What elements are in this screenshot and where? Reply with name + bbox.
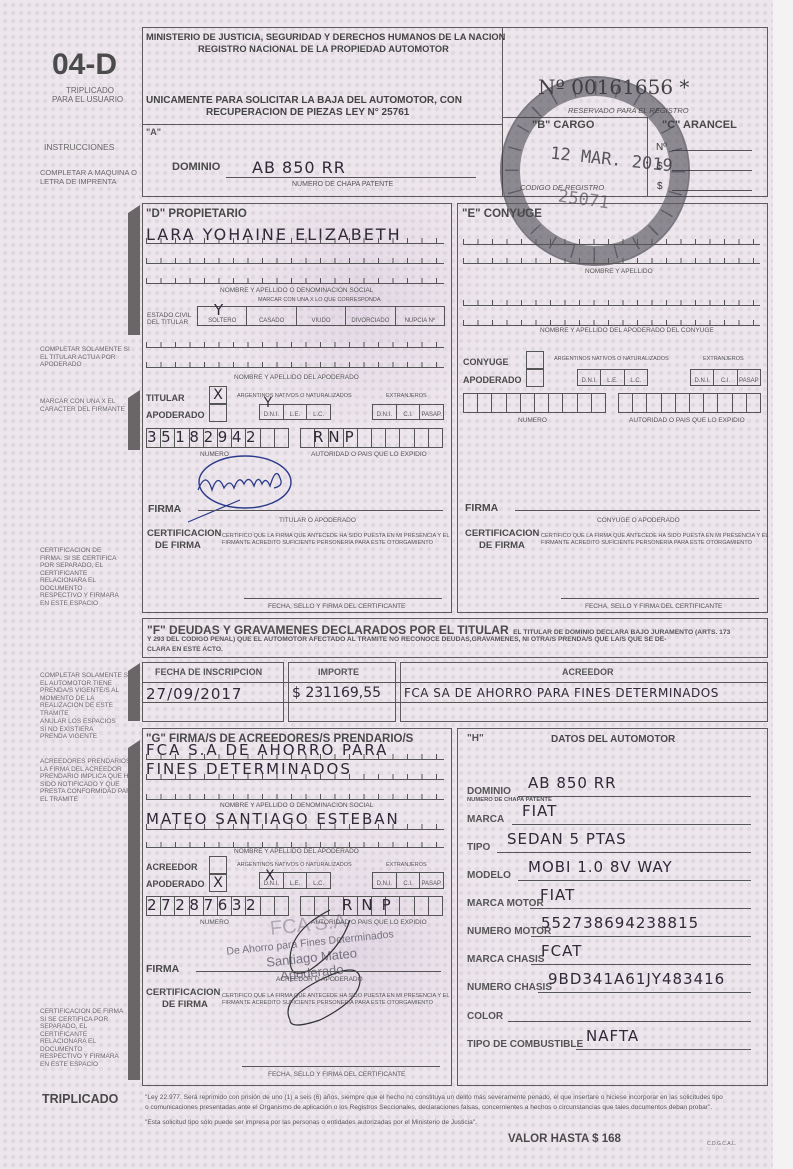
spouse-cert-text-2: FIRMANTE ACREDITO SUFICIENTE PERSONERIA … xyxy=(541,540,752,547)
cert-hint-g: CERTIFICACION DE FIRMA SI SE CERTIFICA P… xyxy=(40,1008,125,1068)
owner-firma-caption: TITULAR O APODERADO xyxy=(279,517,356,524)
vehicle-field-label: TIPO xyxy=(467,842,490,853)
section-h-tag: "H" xyxy=(467,733,484,744)
spouse-number-caption: NUMERO xyxy=(518,417,547,424)
mark-hint: MARCAR CON UNA X EL CARACTER DEL FIRMANT… xyxy=(40,398,135,413)
spouse-conyuge-label: CONYUGE xyxy=(463,357,509,367)
apoderado-checkbox[interactable] xyxy=(209,404,227,422)
pledge-hint: COMPLETAR SOLAMENTE SI EL AUTOMOTOR TIEN… xyxy=(40,672,135,717)
owner-firma-label: FIRMA xyxy=(148,503,181,515)
creditor-doc-lc[interactable]: L.C. xyxy=(307,873,330,888)
creditor-cert-caption: FECHA, SELLO Y FIRMA DEL CERTIFICANTE xyxy=(268,1071,405,1078)
ministry-title: MINISTERIO DE JUSTICIA, SEGURIDAD Y DERE… xyxy=(146,32,505,42)
section-b-title: "B" CARGO xyxy=(532,119,594,131)
spouse-name-caption: NOMBRE Y APELLIDO xyxy=(585,268,653,275)
form-page: 04-D TRIPLICADO PARA EL USUARIO MINISTER… xyxy=(0,0,793,1169)
footer-print-notice: "Esta solicitud tipo sólo puede ser impr… xyxy=(145,1119,477,1126)
spouse-doc-pasap[interactable]: PASAP xyxy=(738,370,760,385)
owner-authority-caption: AUTORIDAD O PAIS QUE LO EXPIDIO xyxy=(311,451,427,458)
dominio-value[interactable]: AB 850 RR xyxy=(252,158,346,177)
owner-doc-number: 35182942 xyxy=(147,428,260,446)
vehicle-field-value[interactable]: FIAT xyxy=(540,886,575,904)
creditor-cert-label-2: DE FIRMA xyxy=(162,999,208,1010)
owner-authority: RNP xyxy=(313,428,359,446)
vehicle-field-value[interactable]: SEDAN 5 PTAS xyxy=(507,830,627,848)
vehicle-field-line[interactable] xyxy=(531,936,751,937)
vehicle-field-value[interactable]: NAFTA xyxy=(586,1027,639,1045)
creditor-name-line-2[interactable] xyxy=(146,774,444,780)
arg-docs-label: ARGENTINOS NATIVOS O NATURALIZADOS xyxy=(237,393,352,399)
owner-cert-caption: FECHA, SELLO Y FIRMA DEL CERTIFICANTE xyxy=(268,603,405,610)
vehicle-field-line[interactable] xyxy=(508,1021,751,1022)
dominio-line xyxy=(226,177,476,178)
purpose-line2: RECUPERACION DE PIEZAS LEY N° 25761 xyxy=(206,107,409,118)
spouse-authority-cells[interactable] xyxy=(618,393,761,413)
owner-name-line-2[interactable] xyxy=(146,258,444,264)
spouse-firma-caption: CONYUGE O APODERADO xyxy=(597,517,680,524)
creditor-cert-label-1: CERTIFICACION xyxy=(146,987,220,998)
creditor-apoderado-label: APODERADO xyxy=(146,879,205,889)
owner-name-line-3[interactable] xyxy=(146,278,444,284)
copy-sublabel: PARA EL USUARIO xyxy=(52,95,123,104)
vehicle-field-line[interactable] xyxy=(518,880,751,881)
civil-option-divorciado[interactable]: DIVORCIADO xyxy=(346,307,395,325)
vehicle-field-value[interactable]: MOBI 1.0 8V WAY xyxy=(528,858,673,876)
spouse-doc-foreign-dni[interactable]: D.N.I. xyxy=(691,370,714,385)
section-d-tab xyxy=(128,205,140,335)
vehicle-field-label: MODELO xyxy=(467,870,511,881)
debts-header-rule xyxy=(142,682,768,683)
spouse-foreign-doc-type: D.N.I. C.I. PASAP xyxy=(690,369,761,386)
arancel-row2-line[interactable] xyxy=(672,170,752,171)
creditor-foreign-doc-type: D.N.I. C.I. PASAP. xyxy=(372,872,444,889)
spouse-conyuge-checkbox[interactable] xyxy=(526,351,544,369)
section-f-declaration-1: EL TITULAR DE DOMINIO DECLARA BAJO JURAM… xyxy=(513,629,730,636)
owner-cert-text-1: CERTIFICO QUE LA FIRMA QUE ANTECEDE HA S… xyxy=(222,533,449,540)
dominio-label: DOMINIO xyxy=(172,161,220,173)
spouse-doc-dni[interactable]: D.N.I. xyxy=(578,370,601,385)
vehicle-field-value[interactable]: FCAT xyxy=(541,942,582,960)
section-f-tab xyxy=(128,663,140,721)
debts-header-fecha: FECHA DE INSCRIPCION xyxy=(155,667,262,677)
spouse-proxy-line-1[interactable] xyxy=(463,300,760,306)
footer-law-text-1: "Ley 22.977. Será reprimido con prisión … xyxy=(145,1094,723,1101)
vehicle-field-value[interactable]: 9BD341A61JY483416 xyxy=(548,970,725,988)
spouse-firma-line[interactable] xyxy=(515,510,760,511)
doc-foreign-dni[interactable]: D.N.I. xyxy=(373,405,397,419)
spouse-cert-caption: FECHA, SELLO Y FIRMA DEL CERTIFICANTE xyxy=(585,603,722,610)
arancel-row3-line[interactable] xyxy=(672,190,752,191)
creditor-foreign-label: EXTRANJEROS xyxy=(386,862,427,868)
creditor-name-line-3[interactable] xyxy=(146,794,444,800)
creditor-certifier-line[interactable] xyxy=(242,1066,440,1067)
titular-label: TITULAR xyxy=(146,393,185,403)
footer-law-text-2: o comunicaciones presentadas ante el Org… xyxy=(145,1104,712,1111)
creditor-doc-foreign-dni[interactable]: D.N.I. xyxy=(373,873,397,888)
arancel-row1-line[interactable] xyxy=(672,150,752,151)
owner-cert-text-2: FIRMANTE ACREDITO SUFICIENTE PERSONERIA … xyxy=(222,540,433,547)
vehicle-field-label: TIPO DE COMBUSTIBLE xyxy=(467,1039,583,1050)
dni-selected-mark: Y xyxy=(264,396,274,411)
footer-copy-label: TRIPLICADO xyxy=(42,1092,118,1106)
creditor-firma-caption: ACREEDOR O APODERADO xyxy=(276,976,363,983)
reserved-label: RESERVADO PARA EL REGISTRO xyxy=(568,106,689,115)
doc-ci[interactable]: C.I. xyxy=(397,405,421,419)
owner-certifier-line[interactable] xyxy=(244,598,442,599)
foreign-docs-label: EXTRANJEROS xyxy=(386,393,427,399)
section-e-title: "E" CONYUGE xyxy=(462,208,542,220)
debt-row-acreedor[interactable]: FCA SA DE AHORRO PARA FINES DETERMINADOS xyxy=(404,686,719,700)
vehicle-field-line[interactable] xyxy=(576,1049,751,1050)
spouse-firma-label: FIRMA xyxy=(465,502,498,514)
serial-number: Nº 00161656 * xyxy=(538,75,689,99)
owner-cert-label-2: DE FIRMA xyxy=(155,540,201,551)
owner-cert-label-1: CERTIFICACION xyxy=(147,528,221,539)
doc-pasap[interactable]: PASAP. xyxy=(420,405,443,419)
owner-name-line-1[interactable] xyxy=(146,238,444,244)
arancel-row3-label: $ xyxy=(657,181,663,192)
debt-row-importe[interactable]: $ 231169,55 xyxy=(292,685,381,701)
doc-lc[interactable]: L.C. xyxy=(307,405,330,419)
footer-value: VALOR HASTA $ 168 xyxy=(508,1133,621,1145)
creditor-doc-number: 27287632 xyxy=(147,896,260,914)
section-f-declaration-3: CLARA EN ESTE ACTO. xyxy=(147,646,223,653)
creditor-hint: ACREEDORES PRENDARIOS LA FIRMA DEL ACREE… xyxy=(40,758,135,803)
civil-option-nupcia[interactable]: NUPCIA Nº xyxy=(396,307,444,325)
owner-number-caption: NUMERO xyxy=(200,451,229,458)
creditor-dni-mark: X xyxy=(265,868,277,884)
creditor-cert-text-2: FIRMANTE ACREDITO SUFICIENTE PERSONERIA … xyxy=(222,1000,433,1007)
instructions-label: INSTRUCCIONES xyxy=(44,142,114,152)
cert-hint-d: CERTIFICACION DE FIRMA. SI SE CERTIFICA … xyxy=(40,547,125,607)
section-c-title: "C" ARANCEL xyxy=(662,119,737,131)
arancel-row1-label: Nº xyxy=(656,142,667,153)
civil-label: ESTADO CIVIL DEL TITULAR xyxy=(147,312,197,326)
spouse-arg-label: ARGENTINOS NATIVOS O NATURALIZADOS xyxy=(554,356,669,362)
creditor-name-caption: NOMBRE Y APELLIDO O DENOMINACION SOCIAL xyxy=(220,802,373,809)
spouse-name-line-1[interactable] xyxy=(463,239,760,245)
vehicle-field-line[interactable] xyxy=(538,992,751,993)
creditor-doc-le[interactable]: L.E. xyxy=(284,873,308,888)
purpose-line1: UNICAMENTE PARA SOLICITAR LA BAJA DEL AU… xyxy=(146,95,462,106)
section-h-title: DATOS DEL AUTOMOTOR xyxy=(551,734,675,745)
vehicle-dominio-caption: NUMERO DE CHAPA PATENTE xyxy=(467,797,552,803)
owner-firma-line[interactable] xyxy=(198,510,443,511)
spouse-apoderado-label: APODERADO xyxy=(463,375,522,385)
section-f-declaration-2: Y 293 DEL CODIGO PENAL) QUE EL AUTOMOTOR… xyxy=(147,636,666,643)
footer-printer-code: C.D.G.C.A.L. xyxy=(707,1141,736,1147)
section-f-title: "F" DEUDAS Y GRAVAMENES DECLARADOS POR E… xyxy=(147,623,509,637)
vehicle-field-line[interactable] xyxy=(518,796,751,797)
creditor-apoderado-checkbox[interactable]: X xyxy=(209,874,227,892)
section-a-tag: "A" xyxy=(146,127,161,137)
spouse-doc-number-cells[interactable] xyxy=(463,393,606,413)
debts-header-importe: IMPORTE xyxy=(318,667,359,677)
spouse-foreign-label: EXTRANJEROS xyxy=(703,356,744,362)
spouse-cert-label-2: DE FIRMA xyxy=(479,540,525,551)
spouse-proxy-line-2[interactable] xyxy=(463,320,760,326)
vehicle-field-label: COLOR xyxy=(467,1011,503,1022)
vehicle-field-line[interactable] xyxy=(512,824,751,825)
titular-checkbox[interactable]: X xyxy=(209,386,227,404)
debts-header-acreedor: ACREEDOR xyxy=(562,667,614,677)
header-divider xyxy=(142,124,502,125)
section-d-title: "D" PROPIETARIO xyxy=(146,208,247,220)
fill-hint: COMPLETAR A MAQUINA O LETRA DE IMPRENTA xyxy=(40,168,140,186)
owner-proxy-line-2[interactable] xyxy=(146,362,444,368)
vehicle-field-label: DOMINIO xyxy=(467,786,511,797)
creditor-doc-ci[interactable]: C.I. xyxy=(397,873,421,888)
owner-proxy-caption: NOMBRE Y APELLIDO DEL APODERADO xyxy=(234,374,359,381)
spouse-cert-text-1: CERTIFICO QUE LA FIRMA QUE ANTECEDE HA S… xyxy=(541,533,768,540)
spouse-cert-label-1: CERTIFICACION xyxy=(465,528,539,539)
vehicle-field-label: MARCA xyxy=(467,814,504,825)
void-hint: ANULAR LOS ESPACIOS SI NO EXISTIERA PREN… xyxy=(40,718,120,741)
vehicle-field-value[interactable]: AB 850 RR xyxy=(528,774,617,792)
registry-title: REGISTRO NACIONAL DE LA PROPIEDAD AUTOMO… xyxy=(198,44,449,54)
civil-option-casado[interactable]: CASADO xyxy=(247,307,296,325)
spouse-authority-caption: AUTORIDAD O PAIS QUE LO EXPIDIO xyxy=(629,417,745,424)
creditor-authority: RNP xyxy=(342,896,400,914)
copy-label: TRIPLICADO xyxy=(66,86,114,95)
creditor-firma-line[interactable] xyxy=(196,971,441,972)
creditor-cert-text-1: CERTIFICO QUE LA FIRMA QUE ANTECEDE HA S… xyxy=(222,993,449,1000)
proxy-hint: COMPLETAR SOLAMENTE SI EL TITULAR ACTUA … xyxy=(40,346,135,369)
owner-name-caption: NOMBRE Y APELLIDO O DENOMINACION SOCIAL xyxy=(220,287,373,294)
spouse-name-line-2[interactable] xyxy=(463,258,760,264)
creditor-firma-label: FIRMA xyxy=(146,963,179,975)
vehicle-field-line[interactable] xyxy=(530,908,751,909)
vehicle-field-value[interactable]: 55273869423881​5 xyxy=(541,914,699,932)
owner-proxy-line-1[interactable] xyxy=(146,342,444,348)
dominio-caption: NUMERO DE CHAPA PATENTE xyxy=(292,181,393,188)
civil-selected-mark: Y xyxy=(214,301,225,319)
spouse-doc-ci[interactable]: C.I. xyxy=(714,370,737,385)
apoderado-label: APODERADO xyxy=(146,410,205,420)
creditor-proxy-line-1[interactable] xyxy=(146,824,444,830)
civil-hint: MARCAR CON UNA X LO QUE CORRESPONDA xyxy=(258,297,381,303)
creditor-proxy-caption: NOMBRE Y APELLIDO DEL APODERADO xyxy=(234,848,359,855)
vehicle-field-value[interactable]: FIAT xyxy=(522,802,557,820)
debt-row-fecha[interactable]: 27/09/2017 xyxy=(146,685,242,703)
spouse-apoderado-checkbox[interactable] xyxy=(526,369,544,387)
form-code: 04-D xyxy=(52,48,117,82)
vehicle-field-line[interactable] xyxy=(497,852,751,853)
civil-status-options: SOLTERO CASADO VIUDO DIVORCIADO NUPCIA N… xyxy=(197,306,445,326)
doc-le[interactable]: L.E. xyxy=(284,405,308,419)
vehicle-field-line[interactable] xyxy=(531,964,751,965)
spouse-certifier-line[interactable] xyxy=(561,598,759,599)
owner-foreign-doc-type: D.N.I. C.I. PASAP. xyxy=(372,404,444,420)
creditor-acreedor-label: ACREEDOR xyxy=(146,862,198,872)
creditor-acreedor-checkbox[interactable] xyxy=(209,856,227,874)
spouse-doc-le[interactable]: L.E. xyxy=(601,370,624,385)
spouse-proxy-caption: NOMBRE Y APELLIDO DEL APODERADO DEL CONY… xyxy=(540,327,714,334)
civil-option-viudo[interactable]: VIUDO xyxy=(297,307,346,325)
creditor-arg-label: ARGENTINOS NATIVOS O NATURALIZADOS xyxy=(237,862,352,868)
spouse-arg-doc-type: D.N.I. L.E. L.C. xyxy=(577,369,648,386)
creditor-doc-pasap[interactable]: PASAP. xyxy=(420,873,443,888)
creditor-number-caption: NUMERO xyxy=(200,919,229,926)
spouse-doc-lc[interactable]: L.C. xyxy=(625,370,647,385)
